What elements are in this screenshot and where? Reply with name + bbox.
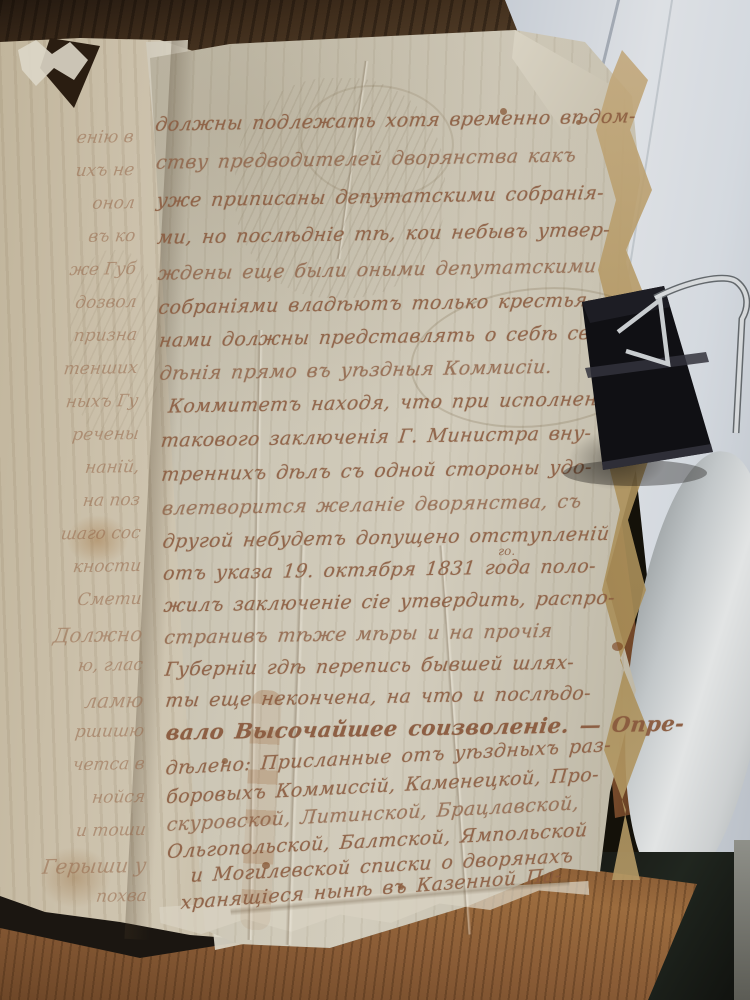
superscript-goda: го. xyxy=(498,544,515,558)
binder-clip xyxy=(540,255,750,495)
fox-spot xyxy=(398,884,404,890)
fox-spot xyxy=(612,642,623,651)
fox-spot xyxy=(222,758,228,764)
pencil-hatching xyxy=(70,250,160,440)
photo-archival-manuscript: енію вихъ неонолвъ коже Губдозволпризнат… xyxy=(0,0,750,1000)
fox-spot xyxy=(500,108,507,115)
wall-strip xyxy=(734,840,750,1000)
ink-stain xyxy=(55,505,140,575)
fox-spot xyxy=(262,862,270,869)
ink-stain xyxy=(25,835,125,920)
fox-spot xyxy=(576,120,581,125)
